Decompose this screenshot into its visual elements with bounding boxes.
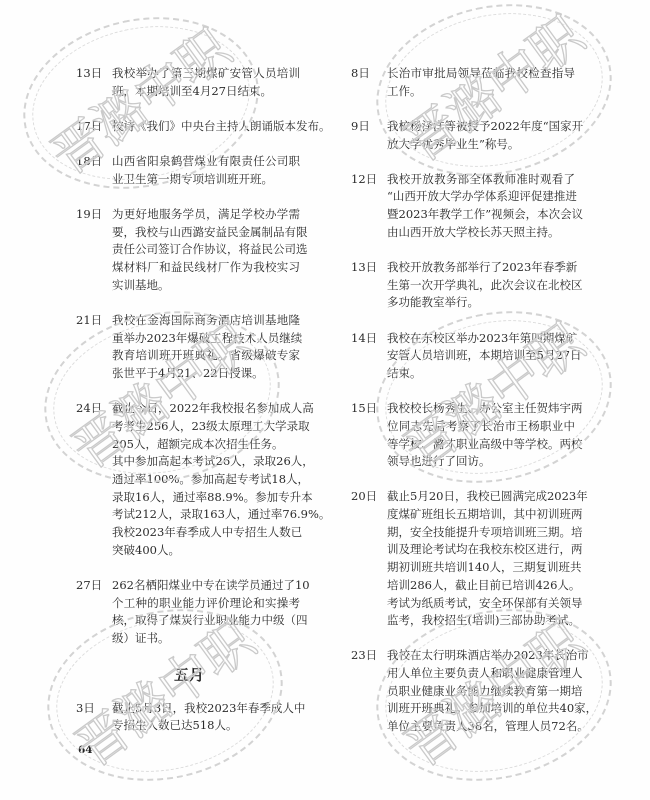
entry-date: 12日 bbox=[351, 171, 387, 242]
entry-date: 3日 bbox=[76, 700, 112, 735]
entry-date: 8日 bbox=[351, 65, 387, 100]
entry-date: 15日 bbox=[351, 400, 387, 471]
entry-apr-24: 24日 截止今日，2022年我校报名参加成人高 考考生256人，23级太原理工大… bbox=[76, 400, 302, 559]
text-line: 用人单位主要负责人和职业健康管理人 bbox=[387, 665, 575, 683]
entry-apr-27: 27日 262名栖阳煤业中专在读学员通过了10 个工种的职业能力评价理论和实操考… bbox=[76, 577, 302, 648]
text-line: 培训286人，截止目前已培训426人。 bbox=[387, 577, 575, 595]
entry-may-15: 15日 我校校长杨秀生、办公室主任贺炜宇两 位同志先后考察了长治市王杨职业中 等… bbox=[351, 400, 577, 471]
right-column: 8日 长治市审批局领导莅临我校检查指导 工作。 9日 我校杨泽洋等被授予2022… bbox=[351, 65, 577, 753]
entry-text: 截止5月3日，我校2023年春季成人中 专招生人数已达518人。 bbox=[112, 700, 300, 735]
text-line: 位同志先后考察了长治市王杨职业中 bbox=[387, 418, 575, 436]
text-line: 我校在太行明珠酒店举办2023年长治市 bbox=[387, 647, 575, 665]
entry-date: 23日 bbox=[351, 647, 387, 735]
entry-text: 我校开放教务部举行了2023年春季新 生第一次开学典礼，此次会议在北校区 多功能… bbox=[387, 259, 575, 312]
text-line: 截止5月20日，我校已圆满完成2023年 bbox=[387, 488, 575, 506]
text-line: 度煤矿班组长五期培训，其中初训班两 bbox=[387, 506, 575, 524]
text-line: 安管人员培训班，本期培训至5月27日 bbox=[387, 347, 575, 365]
text-line: 录取16人，通过率88.9%。参加专升本 bbox=[112, 489, 300, 507]
text-line: 核，取得了煤炭行业职业能力中级（四 bbox=[112, 612, 300, 630]
entry-may-12: 12日 我校开放教务部全体教师准时观看了 “山西开放大学办学体系迎评促建推进 暨… bbox=[351, 171, 577, 242]
text-line: 截止5月3日，我校2023年春季成人中 bbox=[112, 700, 300, 718]
entry-date: 17日 bbox=[76, 118, 112, 136]
text-line: 考试212人，录取163人，通过率76.9%。 bbox=[112, 506, 300, 524]
text-line: 262名栖阳煤业中专在读学员通过了10 bbox=[112, 577, 300, 595]
entry-text: 校诗《我们》中央台主持人朗诵版本发布。 bbox=[112, 118, 300, 136]
entry-text: 截止今日，2022年我校报名参加成人高 考考生256人，23级太原理工大学录取 … bbox=[112, 400, 300, 559]
entry-may-8: 8日 长治市审批局领导莅临我校检查指导 工作。 bbox=[351, 65, 577, 100]
entry-text: 山西省阳泉鹤营煤业有限责任公司职 业卫生第一期专项培训班开班。 bbox=[112, 153, 300, 188]
text-line: “山西开放大学办学体系迎评促建推进 bbox=[387, 188, 575, 206]
text-line: 我校在金海国际商务酒店培训基地隆 bbox=[112, 312, 300, 330]
text-line: 考试为纸质考试，安全环保部有关领导 bbox=[387, 595, 575, 613]
entry-text: 我校校长杨秀生、办公室主任贺炜宇两 位同志先后考察了长治市王杨职业中 等学校、潞… bbox=[387, 400, 575, 471]
entry-may-23: 23日 我校在太行明珠酒店举办2023年长治市 用人单位主要负责人和职业健康管理… bbox=[351, 647, 577, 735]
entry-apr-19: 19日 为更好地服务学员，满足学校办学需 要，我校与山西潞安益民金属制品有限 责… bbox=[76, 206, 302, 294]
text-line: 通过率100%。参加高起专考试18人， bbox=[112, 471, 300, 489]
text-line: 训及理论考试均在我校东校区进行，两 bbox=[387, 541, 575, 559]
text-line: 业卫生第一期专项培训班开班。 bbox=[112, 171, 300, 189]
text-line: 为更好地服务学员，满足学校办学需 bbox=[112, 206, 300, 224]
entry-text: 我校开放教务部全体教师准时观看了 “山西开放大学办学体系迎评促建推进 暨2023… bbox=[387, 171, 575, 242]
text-line: 工作。 bbox=[387, 83, 575, 101]
text-line: 长治市审批局领导莅临我校检查指导 bbox=[387, 65, 575, 83]
entry-apr-17: 17日 校诗《我们》中央台主持人朗诵版本发布。 bbox=[76, 118, 302, 136]
text-line: 责任公司签订合作协议，将益民公司选 bbox=[112, 241, 300, 259]
text-line: 专招生人数已达518人。 bbox=[112, 717, 300, 735]
entry-date: 24日 bbox=[76, 400, 112, 559]
text-line: 我校开放教务部举行了2023年春季新 bbox=[387, 259, 575, 277]
entry-date: 21日 bbox=[76, 312, 112, 383]
entry-text: 为更好地服务学员，满足学校办学需 要，我校与山西潞安益民金属制品有限 责任公司签… bbox=[112, 206, 300, 294]
text-line: 山西省阳泉鹤营煤业有限责任公司职 bbox=[112, 153, 300, 171]
text-line: 我校杨泽洋等被授予2022年度“国家开 bbox=[387, 118, 575, 136]
text-line: 205人，超额完成本次招生任务。 bbox=[112, 436, 300, 454]
text-line: 我校2023年春季成人中专招生人数已 bbox=[112, 524, 300, 542]
entry-may-13: 13日 我校开放教务部举行了2023年春季新 生第一次开学典礼，此次会议在北校区… bbox=[351, 259, 577, 312]
entry-date: 19日 bbox=[76, 206, 112, 294]
page-number: 64 bbox=[78, 744, 93, 756]
text-line: 结束。 bbox=[387, 365, 575, 383]
text-line: 截止今日，2022年我校报名参加成人高 bbox=[112, 400, 300, 418]
entry-apr-18: 18日 山西省阳泉鹤营煤业有限责任公司职 业卫生第一期专项培训班开班。 bbox=[76, 153, 302, 188]
entry-date: 13日 bbox=[76, 65, 112, 100]
text-line: 我校举办了第三期煤矿安管人员培训 bbox=[112, 65, 300, 83]
entry-date: 18日 bbox=[76, 153, 112, 188]
text-line: 校诗《我们》中央台主持人朗诵版本发布。 bbox=[112, 118, 300, 136]
text-line: 考考生256人，23级太原理工大学录取 bbox=[112, 418, 300, 436]
entry-text: 我校杨泽洋等被授予2022年度“国家开 放大学优秀毕业生”称号。 bbox=[387, 118, 575, 153]
text-line: 等学校、潞才职业高级中等学校。两校 bbox=[387, 436, 575, 454]
entry-text: 我校举办了第三期煤矿安管人员培训 班，本期培训至4月27日结束。 bbox=[112, 65, 300, 100]
entry-apr-13: 13日 我校举办了第三期煤矿安管人员培训 班，本期培训至4月27日结束。 bbox=[76, 65, 302, 100]
text-line: 煤材料厂和益民线材厂作为我校实习 bbox=[112, 259, 300, 277]
text-line: 领导也进行了回访。 bbox=[387, 453, 575, 471]
text-line: 放大学优秀毕业生”称号。 bbox=[387, 136, 575, 154]
text-line: 重举办2023年爆破工程技术人员继续 bbox=[112, 330, 300, 348]
text-line: 个工种的职业能力评价理论和实操考 bbox=[112, 595, 300, 613]
entry-text: 长治市审批局领导莅临我校检查指导 工作。 bbox=[387, 65, 575, 100]
text-line: 我校开放教务部全体教师准时观看了 bbox=[387, 171, 575, 189]
entry-date: 13日 bbox=[351, 259, 387, 312]
text-line: 训班开班典礼。参加培训的单位共40家， bbox=[387, 700, 575, 718]
text-line: 实训基地。 bbox=[112, 277, 300, 295]
text-line: 员职业健康业务能力继续教育第一期培 bbox=[387, 683, 575, 701]
text-line: 监考，我校招生(培训)三部协助考试。 bbox=[387, 612, 575, 630]
entry-text: 我校在太行明珠酒店举办2023年长治市 用人单位主要负责人和职业健康管理人 员职… bbox=[387, 647, 575, 735]
entry-text: 262名栖阳煤业中专在读学员通过了10 个工种的职业能力评价理论和实操考 核，取… bbox=[112, 577, 300, 648]
left-column: 13日 我校举办了第三期煤矿安管人员培训 班，本期培训至4月27日结束。 17日… bbox=[76, 65, 302, 752]
entry-text: 截止5月20日，我校已圆满完成2023年 度煤矿班组长五期培训，其中初训班两 期… bbox=[387, 488, 575, 630]
text-line: 由山西开放大学校长苏天照主持。 bbox=[387, 224, 575, 242]
text-line: 突破400人。 bbox=[112, 542, 300, 560]
text-line: 期初训班共培训140人，三期复训班共 bbox=[387, 559, 575, 577]
month-heading: 五月 bbox=[76, 665, 302, 685]
text-line: 我校校长杨秀生、办公室主任贺炜宇两 bbox=[387, 400, 575, 418]
text-line: 单位主要负责人38名，管理人员72名。 bbox=[387, 718, 575, 736]
text-line: 班，本期培训至4月27日结束。 bbox=[112, 83, 300, 101]
entry-may-9: 9日 我校杨泽洋等被授予2022年度“国家开 放大学优秀毕业生”称号。 bbox=[351, 118, 577, 153]
entry-may-3: 3日 截止5月3日，我校2023年春季成人中 专招生人数已达518人。 bbox=[76, 700, 302, 735]
entry-date: 9日 bbox=[351, 118, 387, 153]
entry-date: 20日 bbox=[351, 488, 387, 630]
text-line: 暨2023年教学工作”视频会，本次会议 bbox=[387, 206, 575, 224]
text-line: 多功能教室举行。 bbox=[387, 294, 575, 312]
entry-apr-21: 21日 我校在金海国际商务酒店培训基地隆 重举办2023年爆破工程技术人员继续 … bbox=[76, 312, 302, 383]
entry-text: 我校在金海国际商务酒店培训基地隆 重举办2023年爆破工程技术人员继续 教育培训… bbox=[112, 312, 300, 383]
text-line: 其中参加高起本考试26人，录取26人， bbox=[112, 453, 300, 471]
entry-may-20: 20日 截止5月20日，我校已圆满完成2023年 度煤矿班组长五期培训，其中初训… bbox=[351, 488, 577, 630]
text-line: 生第一次开学典礼，此次会议在北校区 bbox=[387, 277, 575, 295]
text-line: 级）证书。 bbox=[112, 630, 300, 648]
text-line: 我校在东校区举办2023年第四期煤矿 bbox=[387, 330, 575, 348]
text-line: 张世平于4月21、22日授课。 bbox=[112, 365, 300, 383]
text-line: 教育培训班开班典礼。省级爆破专家 bbox=[112, 347, 300, 365]
entry-text: 我校在东校区举办2023年第四期煤矿 安管人员培训班，本期培训至5月27日 结束… bbox=[387, 330, 575, 383]
text-line: 期，安全技能提升专项培训班三期。培 bbox=[387, 524, 575, 542]
entry-date: 14日 bbox=[351, 330, 387, 383]
entry-may-14: 14日 我校在东校区举办2023年第四期煤矿 安管人员培训班，本期培训至5月27… bbox=[351, 330, 577, 383]
text-line: 要，我校与山西潞安益民金属制品有限 bbox=[112, 224, 300, 242]
entry-date: 27日 bbox=[76, 577, 112, 648]
